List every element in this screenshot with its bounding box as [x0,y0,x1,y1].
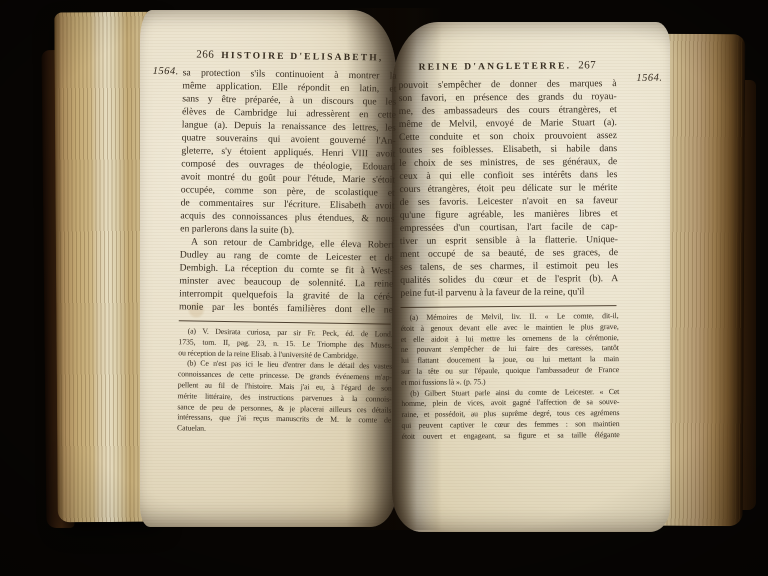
left-page-text: 266 HISTOIRE D'ELISABETH, 1564. sa prote… [177,48,397,437]
text-line: peine fut-il parvenu à la faveur de la r… [400,285,618,300]
text-line: étoit ouvert et engageant, sa figure et … [402,430,620,443]
left-body-text: sa protection s'ils continuoient à montr… [179,66,397,316]
photo-open-book: 266 HISTOIRE D'ELISABETH, 1564. sa prote… [0,0,768,576]
text-line: monie par les bontés familières dont ell… [179,300,393,316]
right-fore-edge-pages [659,34,746,526]
right-page-header: REINE D'ANGLETERRE. 267 [398,59,616,73]
right-footnote-text: (a) Mémoires de Melvil, liv. II. « Le co… [401,311,620,442]
right-header-title: REINE D'ANGLETERRE. [419,61,572,72]
right-body-text: pouvoit s'empêcher de donner des marques… [398,77,618,300]
right-footnote-separator [400,305,616,308]
text-line: qualités solides du cœur et de l'esprit … [400,272,618,287]
left-page-number: 266 [196,49,214,61]
left-margin-year: 1564. [153,66,179,77]
left-header-title: HISTOIRE D'ELISABETH, [221,51,383,64]
left-footnote-text: (a) V. Desirata curiosa, par sir Fr. Pec… [177,326,393,437]
right-page-number: 267 [578,59,596,71]
left-footnote-separator [179,320,391,324]
right-margin-year: 1564. [636,73,662,84]
right-page-text: REINE D'ANGLETERRE. 267 1564. pouvoit s'… [398,59,619,442]
text-line: sur la tête ou sur l'épaule, quoique l'a… [401,365,619,378]
left-page-header: 266 HISTOIRE D'ELISABETH, [183,48,397,63]
